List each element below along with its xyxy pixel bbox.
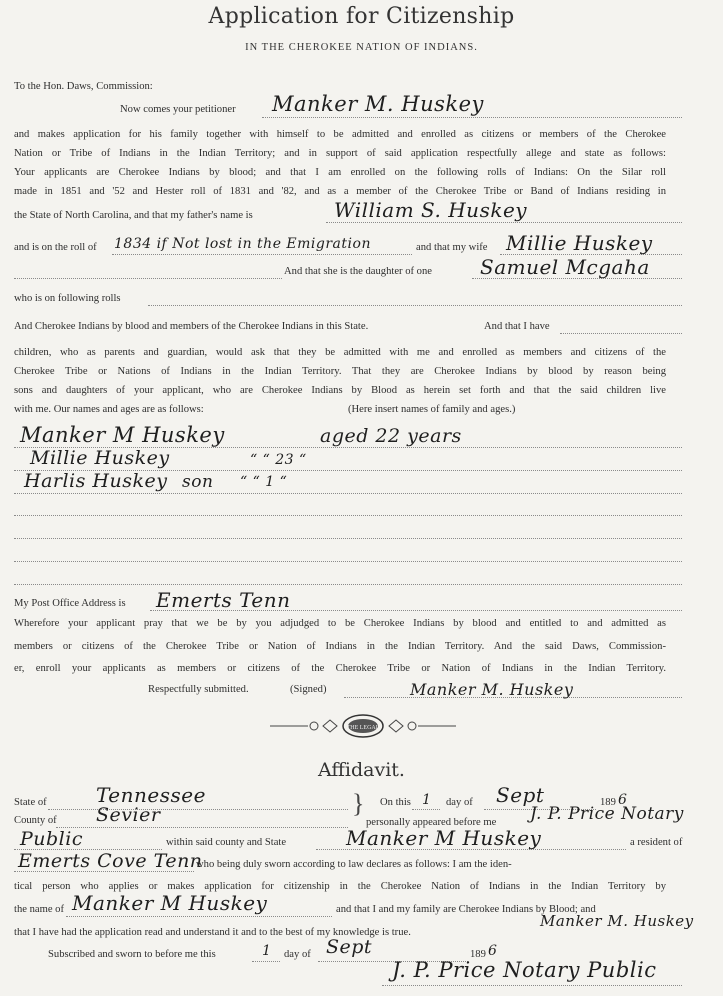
para3-line-2: members or citizens of the Cherokee Trib… xyxy=(14,641,666,652)
para1-line-3: Your applicants are Cherokee Indians by … xyxy=(14,167,666,178)
petitioner-name: Manker M. Huskey xyxy=(272,92,484,116)
state-line xyxy=(48,809,348,810)
have-label: And that I have xyxy=(484,321,550,332)
county-line xyxy=(56,827,348,828)
daughter-label: And that she is the daughter of one xyxy=(284,266,432,277)
petitioner-line xyxy=(262,117,682,118)
citizenship-application-document: Application for Citizenship IN THE CHERO… xyxy=(0,0,723,996)
decorative-ornament-icon: THE LEGAL xyxy=(268,712,458,740)
sub-day-value: 1 xyxy=(262,943,271,959)
wife-name: Millie Huskey xyxy=(506,231,653,255)
para2-line-3: sons and daughters of your applicant, wh… xyxy=(14,385,666,396)
submitted-label: Respectfully submitted. xyxy=(148,684,249,695)
petitioner-label: Now comes your petitioner xyxy=(120,104,236,115)
post-office-value: Emerts Tenn xyxy=(156,588,291,612)
family-member-3-age: “ “ 1 “ xyxy=(240,474,287,490)
wife-father-name: Samuel Mcgaha xyxy=(480,255,650,279)
family-member-2-age: “ “ 23 “ xyxy=(250,452,307,468)
family-line-7 xyxy=(14,584,682,585)
state-label: State of xyxy=(14,797,47,808)
roll-label: and is on the roll of xyxy=(14,242,97,253)
para1-line-2: Nation or Tribe of Indians in the Indian… xyxy=(14,148,666,159)
sub-year-suffix: 6 xyxy=(488,943,497,959)
father-name: William S. Huskey xyxy=(334,198,527,222)
day-of-label: day of xyxy=(446,797,473,808)
affidavit-title: Affidavit. xyxy=(0,759,723,781)
sworn-line: who being duly sworn according to law de… xyxy=(196,859,512,870)
post-office-label: My Post Office Address is xyxy=(14,598,126,609)
name-of-label: the name of xyxy=(14,904,64,915)
names-intro: with me. Our names and ages are as follo… xyxy=(14,404,204,415)
subscribed-label: Subscribed and sworn to before me this xyxy=(48,949,216,960)
sub-day-of-label: day of xyxy=(284,949,311,960)
para2-line-2: Cherokee Tribe or Nations of Indians in … xyxy=(14,366,666,377)
salutation: To the Hon. Daws, Commission: xyxy=(14,81,153,92)
names-instruction: (Here insert names of family and ages.) xyxy=(348,404,515,415)
father-line xyxy=(326,222,682,223)
para3-line-1: Wherefore your applicant pray that we be… xyxy=(14,618,666,629)
svg-text:THE LEGAL: THE LEGAL xyxy=(347,725,380,731)
name-of-value: Manker M Huskey xyxy=(72,891,267,915)
county-value: Sevier xyxy=(96,804,160,826)
family-member-3-name: Harlis Huskey xyxy=(24,470,167,492)
roll-line xyxy=(112,254,412,255)
para1-line-1: and makes application for his family tog… xyxy=(14,129,666,140)
family-line-6 xyxy=(14,561,682,562)
on-this-label: On this xyxy=(380,797,411,808)
rolls-line xyxy=(148,305,682,306)
officer-cont-value: Public xyxy=(20,828,83,850)
family-member-1-name: Manker M Huskey xyxy=(20,423,225,447)
family-member-2-name: Millie Huskey xyxy=(30,447,170,469)
within-label: within said county and State xyxy=(166,837,286,848)
have-line xyxy=(560,333,682,334)
officer-value: J. P. Price Notary xyxy=(530,804,684,824)
document-title: Application for Citizenship xyxy=(0,4,723,29)
notary-signature-line xyxy=(382,985,682,986)
para2-line-1: children, who as parents and guardian, w… xyxy=(14,347,666,358)
day-line xyxy=(412,809,440,810)
blood-line: And Cherokee Indians by blood and member… xyxy=(14,321,368,332)
family-line-4 xyxy=(14,515,682,516)
document-subtitle: IN THE CHEROKEE NATION OF INDIANS. xyxy=(0,42,723,53)
name-of-line xyxy=(66,916,332,917)
father-label: the State of North Carolina, and that my… xyxy=(14,210,253,221)
daughter-leader-line xyxy=(14,278,282,279)
affiant-value: Manker M Huskey xyxy=(346,826,541,850)
signed-label: (Signed) xyxy=(290,684,326,695)
county-label: County of xyxy=(14,815,57,826)
applicant-signature: Manker M. Huskey xyxy=(410,680,573,699)
notary-signature: J. P. Price Notary Public xyxy=(392,958,656,982)
family-line-3 xyxy=(14,493,682,494)
affiant-signature: Manker M. Huskey xyxy=(540,912,694,930)
day-value: 1 xyxy=(422,792,431,808)
family-line-5 xyxy=(14,538,682,539)
sub-month-value: Sept xyxy=(326,936,372,958)
wife-label: and that my wife xyxy=(416,242,488,253)
resident-label: a resident of xyxy=(630,837,682,848)
para1-line-4: made in 1851 and '52 and Hester roll of … xyxy=(14,186,666,197)
roll-value: 1834 if Not lost in the Emigration xyxy=(114,236,371,252)
brace: } xyxy=(352,789,364,819)
family-member-3-relation: son xyxy=(182,472,213,492)
para3-line-3: er, enroll your applicants as members or… xyxy=(14,663,666,674)
rolls-label: who is on following rolls xyxy=(14,293,121,304)
family-member-1-age: aged 22 years xyxy=(320,425,462,447)
sub-day-line xyxy=(252,961,280,962)
residence-value: Emerts Cove Tenn xyxy=(18,850,203,872)
